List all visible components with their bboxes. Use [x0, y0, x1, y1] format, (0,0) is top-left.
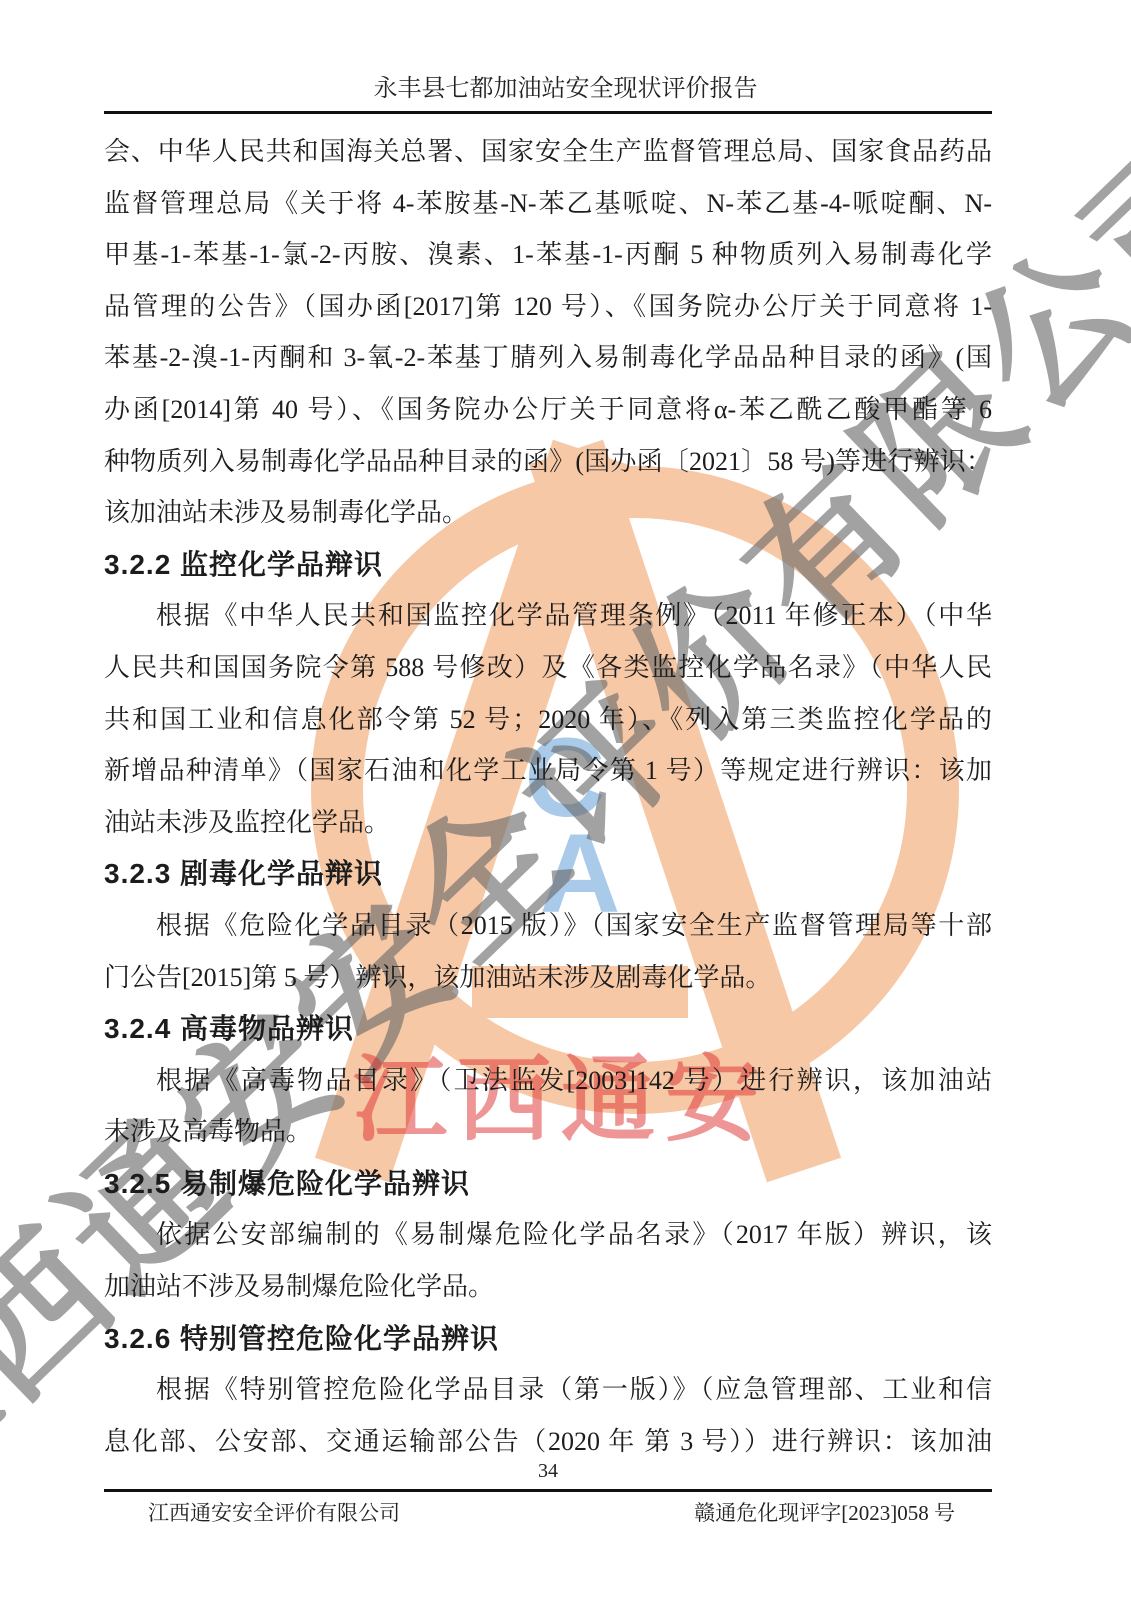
document-body: 会、中华人民共和国海关总署、国家安全生产监督管理总局、国家食品药品 监督管理总局…	[104, 126, 992, 1467]
section-heading-3-2-3: 3.2.3 剧毒化学品辩识	[104, 848, 992, 900]
document-page: C A 江西通安安全评价有限公司 江西通安 永丰县七都加油站安全现状评价报告 会…	[0, 0, 1131, 1600]
page-header-title: 永丰县七都加油站安全现状评价报告	[0, 68, 1131, 103]
text-line: 会、中华人民共和国海关总署、国家安全生产监督管理总局、国家食品药品	[104, 126, 992, 178]
text-line: 根据《高毒物品目录》（卫法监发[2003]142 号）进行辨识，该加油站	[104, 1055, 992, 1107]
text-line: 该加油站未涉及易制毒化学品。	[104, 487, 992, 539]
footer-doc-number: 赣通危化现评字[2023]058 号	[694, 1497, 955, 1527]
footer-company: 江西通安安全评价有限公司	[148, 1497, 400, 1527]
text-line: 根据《危险化学品目录（2015 版）》（国家安全生产监督管理局等十部	[104, 900, 992, 952]
section-heading-3-2-2: 3.2.2 监控化学品辩识	[104, 539, 992, 591]
text-line: 种物质列入易制毒化学品品种目录的函》(国办函〔2021〕58 号)等进行辨识：	[104, 436, 992, 488]
text-line: 办函[2014]第 40 号）、《国务院办公厅关于同意将α-苯乙酰乙酸甲酯等 6	[104, 384, 992, 436]
text-line: 油站未涉及监控化学品。	[104, 797, 992, 849]
text-line: 未涉及高毒物品。	[104, 1106, 992, 1158]
section-heading-3-2-4: 3.2.4 高毒物品辨识	[104, 1003, 992, 1055]
section-heading-3-2-5: 3.2.5 易制爆危险化学品辨识	[104, 1158, 992, 1210]
text-line: 品管理的公告》（国办函[2017]第 120 号）、《国务院办公厅关于同意将 1…	[104, 281, 992, 333]
text-line: 共和国工业和信息化部令第 52 号；2020 年）、《列入第三类监控化学品的	[104, 694, 992, 746]
page-number: 34	[0, 1460, 1096, 1483]
header-rule	[104, 111, 992, 114]
text-line: 根据《中华人民共和国监控化学品管理条例》（2011 年修正本）（中华	[104, 590, 992, 642]
footer-rule	[104, 1489, 992, 1492]
text-line: 门公告[2015]第 5 号）辨识，该加油站未涉及剧毒化学品。	[104, 952, 992, 1004]
text-line: 甲基-1-苯基-1-氯-2-丙胺、溴素、1-苯基-1-丙酮 5 种物质列入易制毒…	[104, 229, 992, 281]
section-heading-3-2-6: 3.2.6 特别管控危险化学品辨识	[104, 1313, 992, 1365]
text-line: 人民共和国国务院令第 588 号修改）及《各类监控化学品名录》（中华人民	[104, 642, 992, 694]
text-line: 新增品种清单》（国家石油和化学工业局令第 1 号）等规定进行辨识：该加	[104, 745, 992, 797]
text-line: 监督管理总局《关于将 4-苯胺基-N-苯乙基哌啶、N-苯乙基-4-哌啶酮、N-	[104, 178, 992, 230]
text-line: 依据公安部编制的《易制爆危险化学品名录》（2017 年版）辨识，该	[104, 1209, 992, 1261]
text-line: 根据《特别管控危险化学品目录（第一版）》（应急管理部、工业和信	[104, 1364, 992, 1416]
text-line: 苯基-2-溴-1-丙酮和 3-氧-2-苯基丁腈列入易制毒化学品品种目录的函》(国	[104, 332, 992, 384]
text-line: 加油站不涉及易制爆危险化学品。	[104, 1261, 992, 1313]
